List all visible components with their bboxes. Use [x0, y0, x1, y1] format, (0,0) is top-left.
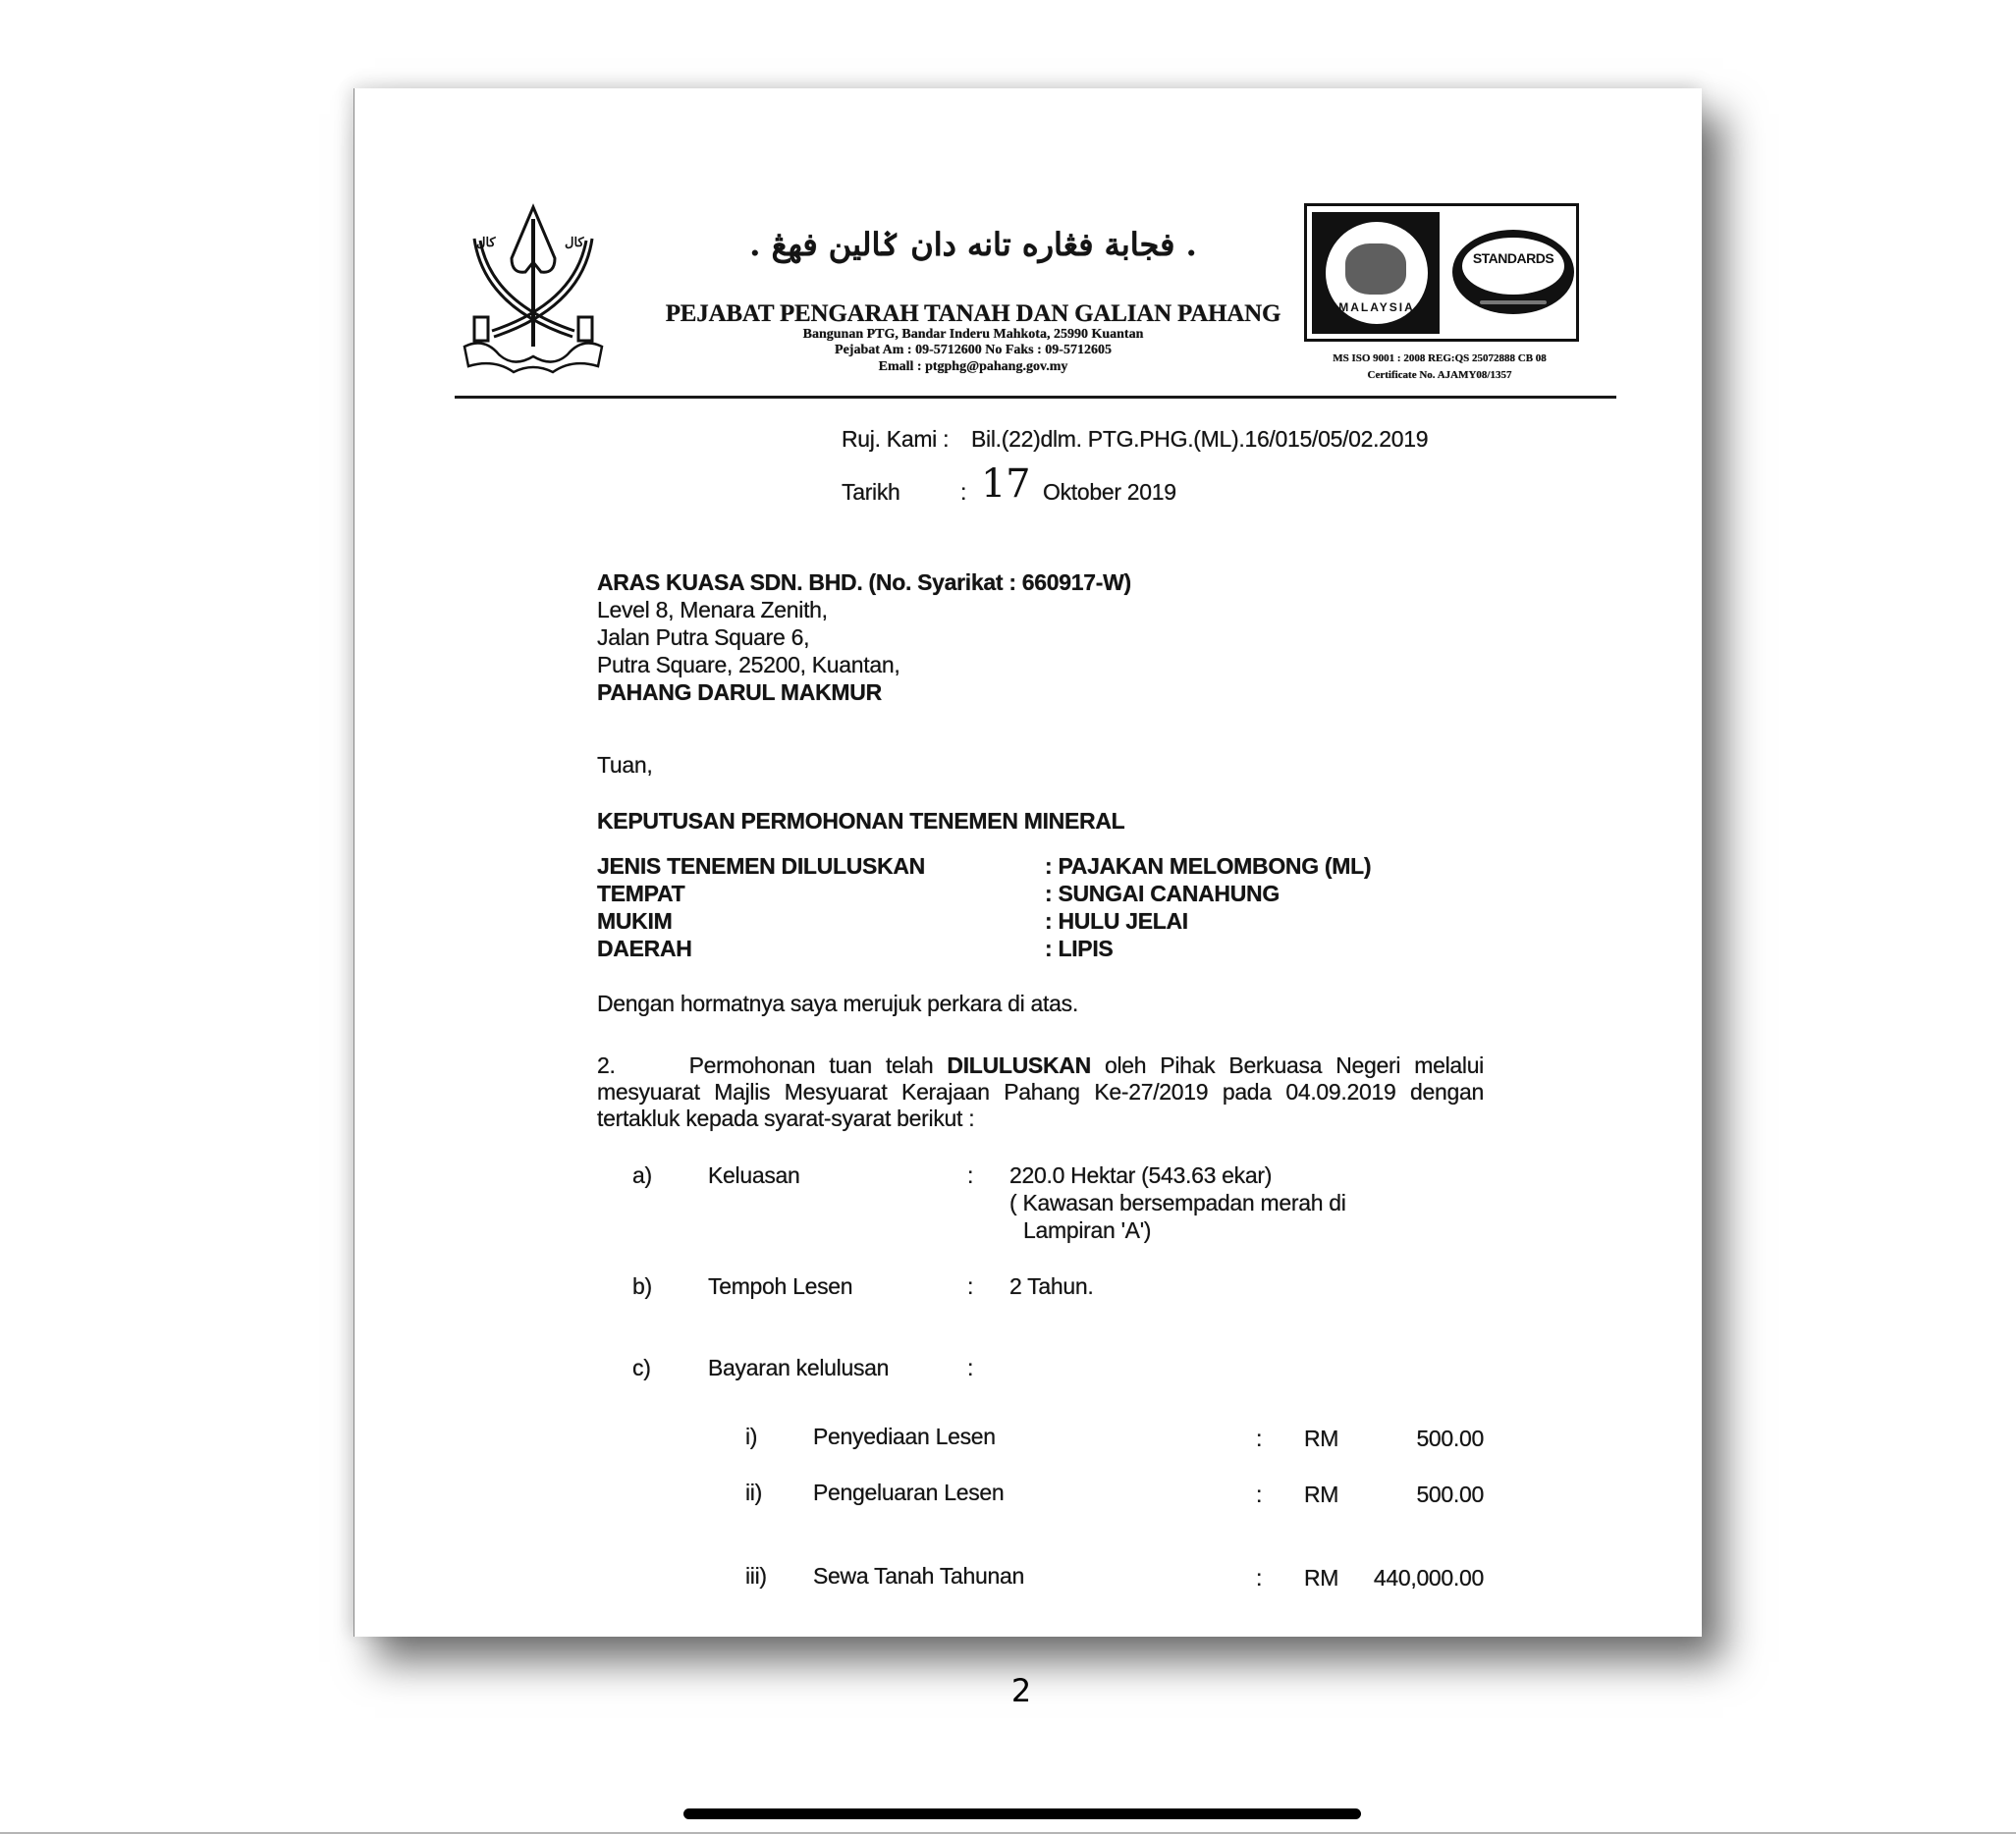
reference-number: Bil.(22)dlm. PTG.PHG.(ML).16/015/05/02.2… [971, 426, 1428, 453]
payment-label: Pengeluaran Lesen [813, 1480, 1004, 1506]
condition-colon: : [967, 1355, 973, 1381]
condition-letter: b) [632, 1273, 652, 1300]
standards-logo-icon: STANDARDS [1452, 230, 1574, 314]
recipient-address-line: Level 8, Menara Zenith, [597, 597, 828, 623]
svg-text:ﻛﺎﻝ: ﻛﺎﻝ [565, 235, 584, 249]
date-colon: : [960, 479, 966, 506]
condition-letter: c) [632, 1355, 651, 1381]
detail-value-tempat: : SUNGAI CANAHUNG [1045, 881, 1280, 907]
opening-paragraph: Dengan hormatnya saya merujuk perkara di… [597, 991, 1078, 1017]
detail-value-jenis: : PAJAKAN MELOMBONG (ML) [1045, 853, 1371, 880]
certificate-id: Certificate No. AJAMY08/1357 [1292, 369, 1587, 381]
payment-label: Sewa Tanah Tahunan [813, 1563, 1024, 1590]
condition-letter: a) [632, 1162, 652, 1189]
svg-text:ﻛﺎﻝ: ﻛﺎﻝ [476, 235, 496, 249]
recipient-address-line: Jalan Putra Square 6, [597, 624, 809, 651]
recipient-state: PAHANG DARUL MAKMUR [597, 679, 882, 706]
detail-label-mukim: MUKIM [597, 908, 672, 935]
condition-label-bayaran: Bayaran kelulusan [708, 1355, 889, 1381]
sirim-logo-icon: MALAYSIA [1312, 212, 1440, 334]
certification-number: MS ISO 9001 : 2008 REG:QS 25072888 CB 08 [1292, 352, 1587, 364]
payment-currency: RM [1304, 1565, 1338, 1591]
condition-colon: : [967, 1162, 973, 1189]
subject-heading: KEPUTUSAN PERMOHONAN TENEMEN MINERAL [597, 808, 1124, 835]
payment-colon: : [1256, 1565, 1262, 1591]
payment-num: ii) [745, 1480, 762, 1506]
pahang-crest-icon: ﻛﺎﻝ ﻛﺎﻝ [455, 199, 612, 376]
letterhead-arabic-title: . فجابة فڠاره تانه دان ݢالين فهڠ . [629, 226, 1317, 263]
condition-label-keluasan: Keluasan [708, 1162, 800, 1189]
recipient-address-line: Putra Square, 25200, Kuantan, [597, 652, 899, 678]
iso-certification-logo: MALAYSIA STANDARDS [1304, 203, 1579, 342]
date-value: Oktober 2019 [1043, 479, 1176, 506]
condition-value-duration: 2 Tahun. [1009, 1273, 1093, 1300]
date-day-handwritten: 17 [981, 461, 1030, 507]
condition-colon: : [967, 1273, 973, 1300]
letterhead-address: Bangunan PTG, Bandar Inderu Mahkota, 259… [629, 327, 1317, 343]
payment-amount: 500.00 [1366, 1482, 1484, 1508]
document-page: ﻛﺎﻝ ﻛﺎﻝ . فجابة فڠاره تانه دان ݢالين فهڠ… [354, 88, 1702, 1637]
payment-num: i) [745, 1424, 757, 1450]
reference-label: Ruj. Kami : [842, 426, 949, 453]
approval-paragraph: 2.Permohonan tuan telah DILULUSKAN oleh … [597, 1052, 1484, 1132]
salutation: Tuan, [597, 752, 652, 779]
page-number: 2 [1009, 1672, 1033, 1709]
condition-value-area-note: ( Kawasan bersempadan merah di [1009, 1190, 1346, 1216]
letterhead-divider [455, 396, 1616, 399]
payment-colon: : [1256, 1426, 1262, 1452]
condition-label-tempoh: Tempoh Lesen [708, 1273, 852, 1300]
letterhead-title: PEJABAT PENGARAH TANAH DAN GALIAN PAHANG [629, 300, 1317, 328]
detail-label-daerah: DAERAH [597, 936, 692, 962]
detail-value-daerah: : LIPIS [1045, 936, 1113, 962]
payment-currency: RM [1304, 1426, 1338, 1452]
date-label: Tarikh [842, 479, 900, 506]
payment-amount: 440,000.00 [1366, 1565, 1484, 1591]
payment-amount: 500.00 [1366, 1426, 1484, 1452]
letterhead-phones: Pejabat Am : 09-5712600 No Faks : 09-571… [629, 343, 1317, 358]
home-indicator[interactable] [683, 1808, 1361, 1819]
payment-num: iii) [745, 1563, 767, 1590]
detail-label-jenis: JENIS TENEMEN DILULUSKAN [597, 853, 925, 880]
approval-status: DILULUSKAN [947, 1052, 1091, 1078]
payment-colon: : [1256, 1482, 1262, 1508]
condition-value-area: 220.0 Hektar (543.63 ekar) [1009, 1162, 1272, 1189]
letterhead-email: Emall : ptgphg@pahang.gov.my [629, 359, 1317, 375]
condition-value-area-note: Lampiran 'A') [1023, 1217, 1151, 1244]
detail-value-mukim: : HULU JELAI [1045, 908, 1188, 935]
detail-label-tempat: TEMPAT [597, 881, 684, 907]
payment-currency: RM [1304, 1482, 1338, 1508]
recipient-company: ARAS KUASA SDN. BHD. (No. Syarikat : 660… [597, 569, 1131, 596]
payment-label: Penyediaan Lesen [813, 1424, 996, 1450]
